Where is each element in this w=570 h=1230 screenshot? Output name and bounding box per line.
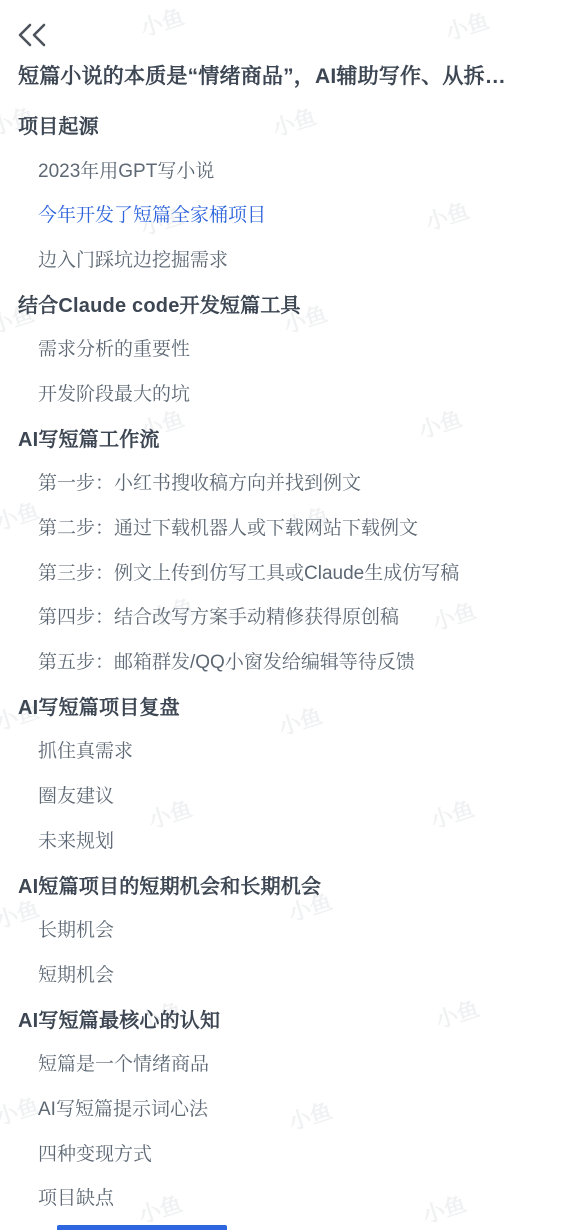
toc-item[interactable]: 第二步：通过下载机器人或下载网站下载例文 xyxy=(0,504,570,549)
toc-label: 2023年用GPT写小说 xyxy=(38,156,214,183)
toc-item[interactable]: 2023年用GPT写小说 xyxy=(0,147,570,192)
toc-label: AI写短篇工作流 xyxy=(18,423,160,452)
double-chevron-left-icon xyxy=(16,21,48,49)
toc-label: AI写短篇最核心的认知 xyxy=(18,1004,220,1033)
toc-item[interactable]: 短篇是一个情绪商品 xyxy=(0,1040,570,1085)
toc-label: 项目缺点 xyxy=(38,1183,114,1210)
toc-item[interactable]: 需求分析的重要性 xyxy=(0,325,570,370)
toc-item[interactable]: 边入门踩坑边挖掘需求 xyxy=(0,236,570,281)
toc-item[interactable]: 长期机会 xyxy=(0,906,570,951)
toc-label: AI写短篇项目复盘 xyxy=(18,691,180,720)
toc-item[interactable]: 未来规划 xyxy=(0,817,570,862)
toc-label: 短期机会 xyxy=(38,960,114,987)
toc-item[interactable]: 抓住真需求 xyxy=(0,728,570,773)
toc-label: 项目起源 xyxy=(18,110,99,139)
toc-label: 圈友建议 xyxy=(38,781,114,808)
watermark-text: 小鱼 xyxy=(136,0,187,43)
toc-label: 长期机会 xyxy=(38,915,114,942)
toc-label: 四种变现方式 xyxy=(38,1139,152,1166)
toc-item[interactable]: 第三步：例文上传到仿写工具或Claude生成仿写稿 xyxy=(0,549,570,594)
toc-heading[interactable]: AI短篇项目的短期机会和长期机会 xyxy=(0,862,570,907)
watermark-text: 小鱼 xyxy=(441,4,492,47)
toc-item[interactable]: 第五步：邮箱群发/QQ小窗发给编辑等待反馈 xyxy=(0,638,570,683)
toc-label: 短篇是一个情绪商品 xyxy=(38,1049,209,1076)
toc-label: 第四步：结合改写方案手动精修获得原创稿 xyxy=(38,602,399,629)
toc-label: AI短篇项目的短期机会和长期机会 xyxy=(18,870,321,899)
toc-label: 抓住真需求 xyxy=(38,736,133,763)
toc-label: 第二步：通过下载机器人或下载网站下载例文 xyxy=(38,513,418,540)
toc-label: 开发阶段最大的坑 xyxy=(38,379,190,406)
next-item-preview-cutoff[interactable] xyxy=(57,1225,227,1230)
toc-heading[interactable]: AI写短篇工作流 xyxy=(0,415,570,460)
toc-label: 今年开发了短篇全家桶项目 xyxy=(38,200,266,227)
collapse-sidebar-button[interactable] xyxy=(16,20,52,50)
table-of-contents: 项目起源2023年用GPT写小说今年开发了短篇全家桶项目边入门踩坑边挖掘需求结合… xyxy=(0,102,570,1219)
toc-item[interactable]: 短期机会 xyxy=(0,951,570,996)
toc-item[interactable]: 四种变现方式 xyxy=(0,1130,570,1175)
toc-label: 第三步：例文上传到仿写工具或Claude生成仿写稿 xyxy=(38,558,459,585)
toc-heading[interactable]: 结合Claude code开发短篇工具 xyxy=(0,281,570,326)
toc-item[interactable]: 今年开发了短篇全家桶项目 xyxy=(0,191,570,236)
toc-item[interactable]: 第四步：结合改写方案手动精修获得原创稿 xyxy=(0,594,570,639)
toc-label: 第五步：邮箱群发/QQ小窗发给编辑等待反馈 xyxy=(38,647,415,674)
toc-heading[interactable]: AI写短篇项目复盘 xyxy=(0,683,570,728)
toc-item[interactable]: 第一步：小红书搜收稿方向并找到例文 xyxy=(0,460,570,505)
toc-item[interactable]: 圈友建议 xyxy=(0,772,570,817)
toc-label: 未来规划 xyxy=(38,826,114,853)
toc-heading[interactable]: 项目起源 xyxy=(0,102,570,147)
toc-label: 结合Claude code开发短篇工具 xyxy=(18,289,301,318)
toc-label: AI写短篇提示词心法 xyxy=(38,1094,208,1121)
toc-item[interactable]: 项目缺点 xyxy=(0,1175,570,1220)
toc-label: 需求分析的重要性 xyxy=(38,334,190,361)
toc-item[interactable]: 开发阶段最大的坑 xyxy=(0,370,570,415)
document-title[interactable]: 短篇小说的本质是“情绪商品”，AI辅助写作、从拆… xyxy=(18,60,558,90)
toc-item[interactable]: AI写短篇提示词心法 xyxy=(0,1085,570,1130)
toc-sidebar-panel: 小鱼小鱼小鱼小鱼小鱼小鱼小鱼小鱼小鱼小鱼小鱼小鱼小鱼小鱼小鱼小鱼小鱼小鱼小鱼小鱼… xyxy=(0,0,570,1230)
toc-label: 边入门踩坑边挖掘需求 xyxy=(38,245,228,272)
toc-label: 第一步：小红书搜收稿方向并找到例文 xyxy=(38,468,361,495)
toc-heading[interactable]: AI写短篇最核心的认知 xyxy=(0,996,570,1041)
